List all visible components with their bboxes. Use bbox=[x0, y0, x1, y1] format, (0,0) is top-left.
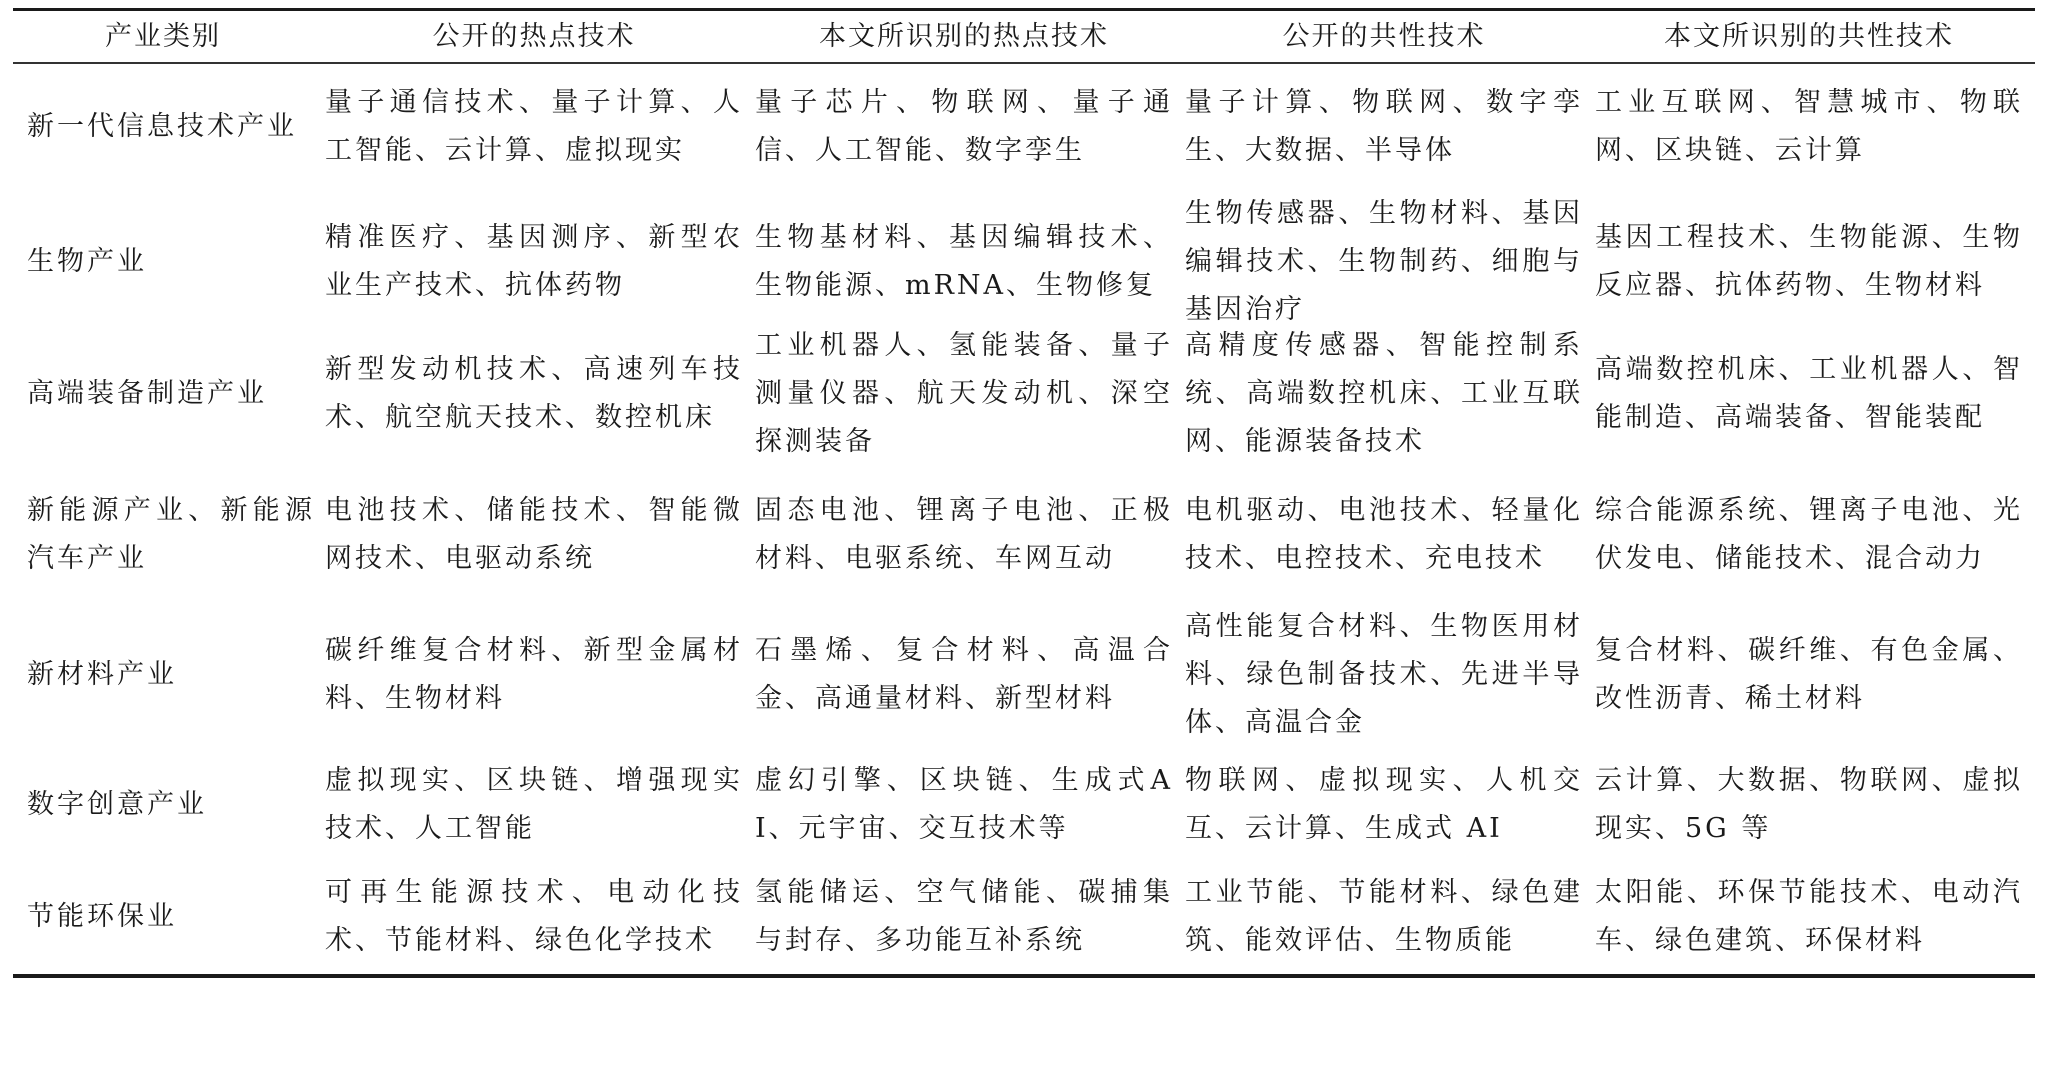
cell-identified-common: 综合能源系统、锂离子电池、光伏发电、储能技术、混合动力 bbox=[1595, 487, 2035, 583]
cell-public-hot: 精准医疗、基因测序、新型农业生产技术、抗体药物 bbox=[325, 214, 755, 310]
cell-identified-common: 基因工程技术、生物能源、生物反应器、抗体药物、生物材料 bbox=[1595, 214, 2035, 310]
cell-industry: 新一代信息技术产业 bbox=[13, 103, 325, 151]
table-header-row: 产业类别 公开的热点技术 本文所识别的热点技术 公开的共性技术 本文所识别的共性… bbox=[13, 11, 2035, 62]
table-row: 新材料产业 碳纤维复合材料、新型金属材料、生物材料 石墨烯、复合材料、高温合金、… bbox=[13, 600, 2035, 750]
cell-identified-hot: 量子芯片、物联网、量子通信、人工智能、数字孪生 bbox=[755, 79, 1185, 175]
cell-public-hot: 碳纤维复合材料、新型金属材料、生物材料 bbox=[325, 627, 755, 723]
cell-identified-common: 复合材料、碳纤维、有色金属、改性沥青、稀土材料 bbox=[1595, 627, 2035, 723]
cell-public-common: 工业节能、节能材料、绿色建筑、能效评估、生物质能 bbox=[1185, 869, 1595, 965]
cell-public-common: 高精度传感器、智能控制系统、高端数控机床、工业互联网、能源装备技术 bbox=[1185, 322, 1595, 466]
header-identified-common-tech: 本文所识别的共性技术 bbox=[1595, 11, 2035, 62]
technology-table: 产业类别 公开的热点技术 本文所识别的热点技术 公开的共性技术 本文所识别的共性… bbox=[13, 8, 2035, 978]
cell-identified-common: 云计算、大数据、物联网、虚拟现实、5G 等 bbox=[1595, 757, 2035, 853]
cell-identified-hot: 工业机器人、氢能装备、量子测量仪器、航天发动机、深空探测装备 bbox=[755, 322, 1185, 466]
cell-public-common: 生物传感器、生物材料、基因编辑技术、生物制药、细胞与基因治疗 bbox=[1185, 190, 1595, 334]
cell-public-common: 物联网、虚拟现实、人机交互、云计算、生成式 AI bbox=[1185, 757, 1595, 853]
cell-identified-hot: 虚幻引擎、区块链、生成式AI、元宇宙、交互技术等 bbox=[755, 757, 1185, 853]
cell-public-hot: 可再生能源技术、电动化技术、节能材料、绿色化学技术 bbox=[325, 869, 755, 965]
table-bottom-rule bbox=[13, 974, 2035, 978]
cell-public-common: 高性能复合材料、生物医用材料、绿色制备技术、先进半导体、高温合金 bbox=[1185, 603, 1595, 747]
table-row: 新一代信息技术产业 量子通信技术、量子计算、人工智能、云计算、虚拟现实 量子芯片… bbox=[13, 64, 2035, 190]
header-identified-hot-tech: 本文所识别的热点技术 bbox=[755, 11, 1185, 62]
cell-identified-hot: 氢能储运、空气储能、碳捕集与封存、多功能互补系统 bbox=[755, 869, 1185, 965]
table-row: 生物产业 精准医疗、基因测序、新型农业生产技术、抗体药物 生物基材料、基因编辑技… bbox=[13, 190, 2035, 318]
cell-industry: 新材料产业 bbox=[13, 651, 325, 699]
table-row: 高端装备制造产业 新型发动机技术、高速列车技术、航空航天技术、数控机床 工业机器… bbox=[13, 318, 2035, 470]
cell-industry: 新能源产业、新能源汽车产业 bbox=[13, 487, 325, 583]
cell-identified-hot: 石墨烯、复合材料、高温合金、高通量材料、新型材料 bbox=[755, 627, 1185, 723]
cell-identified-hot: 生物基材料、基因编辑技术、生物能源、mRNA、生物修复 bbox=[755, 214, 1185, 310]
cell-identified-common: 高端数控机床、工业机器人、智能制造、高端装备、智能装配 bbox=[1595, 346, 2035, 442]
header-public-hot-tech: 公开的热点技术 bbox=[325, 11, 755, 62]
cell-industry: 节能环保业 bbox=[13, 893, 325, 941]
table-row: 数字创意产业 虚拟现实、区块链、增强现实技术、人工智能 虚幻引擎、区块链、生成式… bbox=[13, 750, 2035, 860]
cell-identified-hot: 固态电池、锂离子电池、正极材料、电驱系统、车网互动 bbox=[755, 487, 1185, 583]
cell-public-hot: 虚拟现实、区块链、增强现实技术、人工智能 bbox=[325, 757, 755, 853]
cell-industry: 数字创意产业 bbox=[13, 781, 325, 829]
table-row: 新能源产业、新能源汽车产业 电池技术、储能技术、智能微网技术、电驱动系统 固态电… bbox=[13, 470, 2035, 600]
cell-identified-common: 工业互联网、智慧城市、物联网、区块链、云计算 bbox=[1595, 79, 2035, 175]
table-row: 节能环保业 可再生能源技术、电动化技术、节能材料、绿色化学技术 氢能储运、空气储… bbox=[13, 860, 2035, 974]
header-public-common-tech: 公开的共性技术 bbox=[1185, 11, 1595, 62]
cell-industry: 生物产业 bbox=[13, 238, 325, 286]
cell-public-hot: 新型发动机技术、高速列车技术、航空航天技术、数控机床 bbox=[325, 346, 755, 442]
cell-public-common: 电机驱动、电池技术、轻量化技术、电控技术、充电技术 bbox=[1185, 487, 1595, 583]
header-industry-category: 产业类别 bbox=[13, 11, 325, 62]
cell-industry: 高端装备制造产业 bbox=[13, 370, 325, 418]
cell-public-hot: 量子通信技术、量子计算、人工智能、云计算、虚拟现实 bbox=[325, 79, 755, 175]
cell-public-common: 量子计算、物联网、数字孪生、大数据、半导体 bbox=[1185, 79, 1595, 175]
cell-public-hot: 电池技术、储能技术、智能微网技术、电驱动系统 bbox=[325, 487, 755, 583]
cell-identified-common: 太阳能、环保节能技术、电动汽车、绿色建筑、环保材料 bbox=[1595, 869, 2035, 965]
